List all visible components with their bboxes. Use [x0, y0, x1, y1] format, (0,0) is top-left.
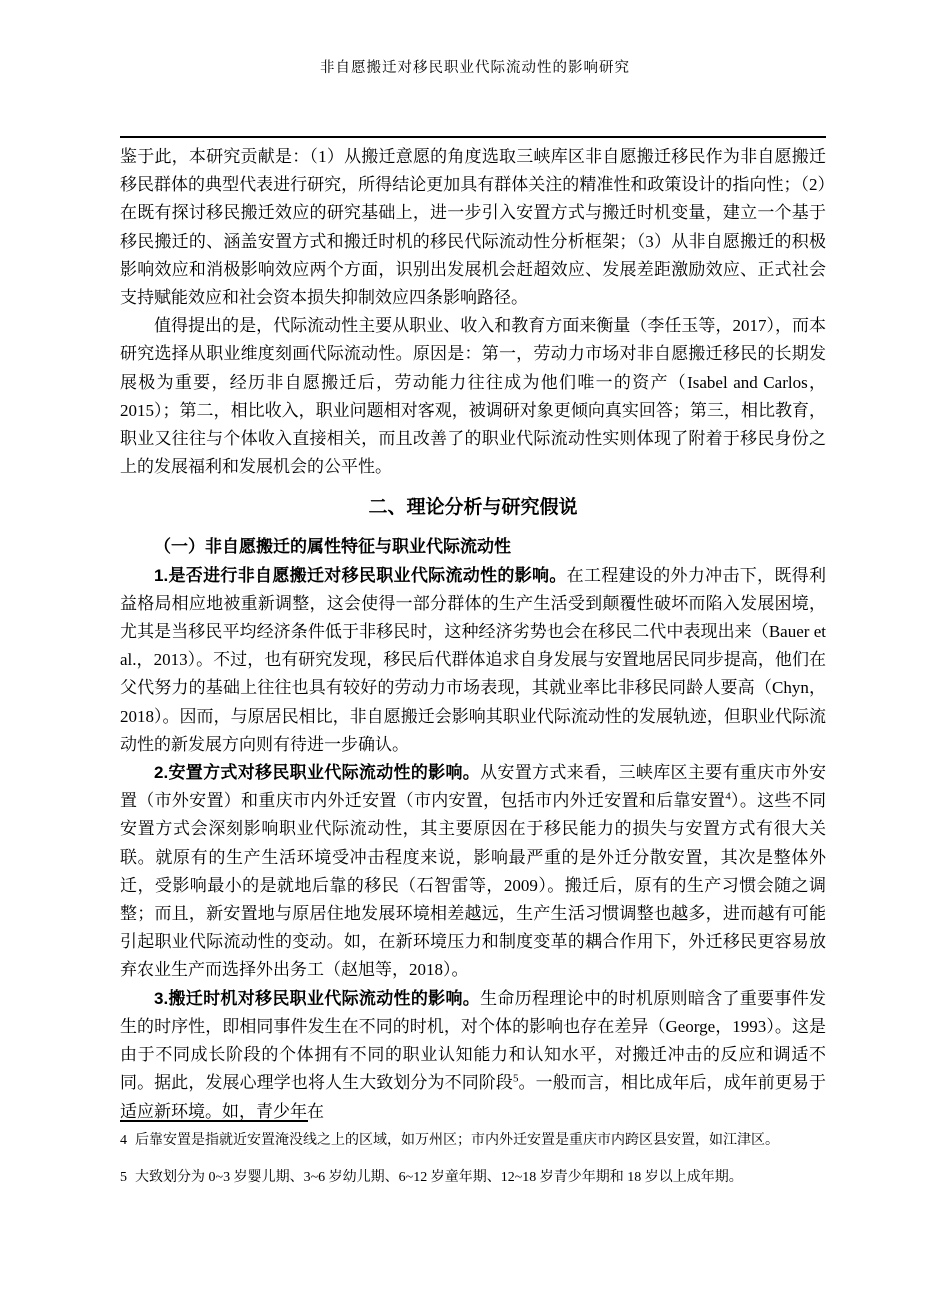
paragraph-contributions: 鉴于此，本研究贡献是：（1）从搬迁意愿的角度选取三峡库区非自愿搬迁移民作为非自愿…: [120, 143, 826, 312]
section-heading: 二、理论分析与研究假说: [120, 493, 826, 523]
item-3-lead: 3.搬迁时机对移民职业代际流动性的影响。: [154, 989, 480, 1008]
footnote-5: 5大致划分为 0~3 岁婴儿期、3~6 岁幼儿期、6~12 岁童年期、12~18…: [120, 1168, 826, 1188]
running-head-title: 非自愿搬迁对移民职业代际流动性的影响研究: [0, 56, 950, 77]
footnote-4-number: 4: [120, 1133, 127, 1148]
document-page: 非自愿搬迁对移民职业代际流动性的影响研究 鉴于此，本研究贡献是：（1）从搬迁意愿…: [0, 0, 950, 1308]
footnotes-section: 4后靠安置是指就近安置淹没线之上的区域，如万州区；市内外迁安置是重庆市内跨区县安…: [120, 1120, 826, 1205]
item-1-text: 在工程建设的外力冲击下，既得利益格局相应地被重新调整，这会使得一部分群体的生产生…: [120, 566, 826, 754]
item-1-lead: 1.是否进行非自愿搬迁对移民职业代际流动性的影响。: [154, 566, 567, 585]
footnote-separator: [120, 1120, 308, 1122]
item-2-lead: 2.安置方式对移民职业代际流动性的影响。: [154, 763, 480, 782]
item-2-text-after-ref: ）。这些不同安置方式会深刻影响职业代际流动性，其主要原因在于移民能力的损失与安置…: [120, 791, 826, 979]
footnote-4-text: 后靠安置是指就近安置淹没线之上的区域，如万州区；市内外迁安置是重庆市内跨区县安置…: [135, 1133, 779, 1148]
footnote-4: 4后靠安置是指就近安置淹没线之上的区域，如万州区；市内外迁安置是重庆市内跨区县安…: [120, 1131, 826, 1151]
page-body: 鉴于此，本研究贡献是：（1）从搬迁意愿的角度选取三峡库区非自愿搬迁移民作为非自愿…: [120, 143, 826, 1126]
paragraph-item-3: 3.搬迁时机对移民职业代际流动性的影响。生命历程理论中的时机原则暗含了重要事件发…: [120, 985, 826, 1126]
paragraph-item-1: 1.是否进行非自愿搬迁对移民职业代际流动性的影响。在工程建设的外力冲击下，既得利…: [120, 562, 826, 759]
header-divider: [120, 136, 826, 138]
paragraph-measurement: 值得提出的是，代际流动性主要从职业、收入和教育方面来衡量（李任玉等，2017），…: [120, 312, 826, 481]
paragraph-item-2: 2.安置方式对移民职业代际流动性的影响。从安置方式来看，三峡库区主要有重庆市外安…: [120, 759, 826, 985]
footnote-5-text: 大致划分为 0~3 岁婴儿期、3~6 岁幼儿期、6~12 岁童年期、12~18 …: [135, 1170, 743, 1185]
footnote-5-number: 5: [120, 1170, 127, 1185]
subsection-heading: （一）非自愿搬迁的属性特征与职业代际流动性: [120, 533, 826, 561]
